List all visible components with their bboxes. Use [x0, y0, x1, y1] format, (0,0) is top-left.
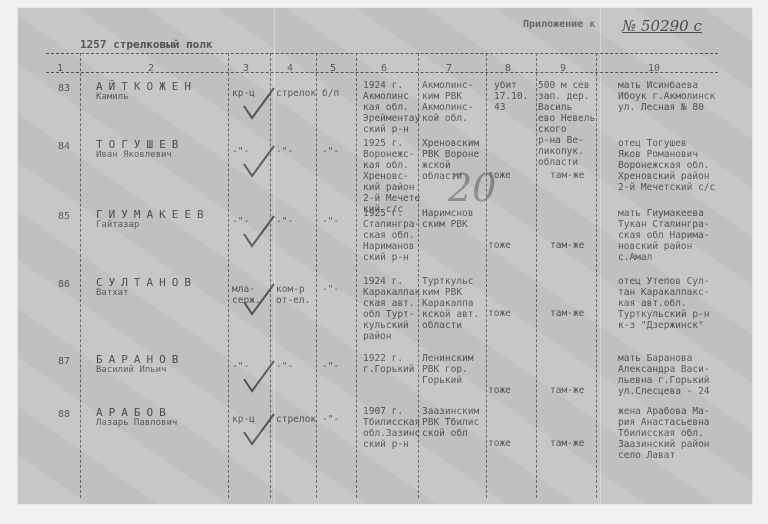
burial-place: там-же — [550, 308, 584, 319]
column-number: 6 — [381, 63, 387, 74]
given-name: Василий Ильич — [96, 365, 166, 375]
archive-document-sheet: 1257 стрелковый полк Приложение к № 5029… — [18, 8, 752, 504]
column-number: 5 — [330, 63, 336, 74]
given-name: Лазарь Павлович — [96, 418, 177, 428]
header-top-rule — [46, 53, 718, 54]
checkmark-icon — [240, 84, 280, 124]
document-number-text: № 50290 с — [622, 17, 702, 35]
draft-office: Турткульс ким РВК Каракалпа кской авт. о… — [422, 276, 479, 331]
checkmark-icon — [240, 410, 280, 450]
checkmark-icon — [240, 212, 280, 252]
column-number: 1 — [57, 63, 63, 74]
checkmark-icon — [240, 280, 280, 320]
fate: тоже — [488, 308, 511, 319]
fate: убит 17.10. 43 — [494, 80, 528, 113]
row-number: 87 — [58, 356, 70, 367]
relatives-info: отец Утепов Сул- тан Каракалпакс- кая ав… — [618, 276, 710, 331]
handwritten-number: 20 — [448, 166, 496, 210]
relatives-info: мать Гиумакеева Тукан Сталингра- ская об… — [618, 208, 710, 263]
position: ком-р от-ел. — [276, 284, 310, 306]
party: -"- — [322, 146, 339, 157]
burial-place: там-же — [550, 438, 584, 449]
column-number: 2 — [148, 63, 154, 74]
burial-place: там-же — [550, 385, 584, 396]
regiment-title: 1257 стрелковый полк — [80, 38, 212, 51]
relatives-info: мать Исинбаева Ибоук г.Акмолинск ул. Лес… — [618, 80, 715, 113]
relatives-info: жена Арабова Ма- рия Анастасьевна Тбилис… — [618, 406, 710, 461]
burial-place: 500 м сев зап. дер. Василь ево Невель ск… — [538, 80, 595, 168]
column-number: 7 — [446, 63, 452, 74]
column-number: 10 — [648, 63, 660, 74]
column-number: 9 — [560, 63, 566, 74]
row-number: 86 — [58, 279, 70, 290]
relatives-info: мать Баранова Александра Васи- льевна г.… — [618, 353, 710, 397]
position: стрелок — [276, 414, 316, 425]
paper-fold — [600, 8, 601, 504]
column-divider — [356, 53, 357, 498]
column-divider — [316, 53, 317, 498]
birth-info: 1925 г. Воронежс- кая обл. Хреновс- кий … — [363, 138, 420, 215]
column-divider — [486, 53, 487, 498]
row-number: 83 — [58, 83, 70, 94]
draft-office: Заазинским РВК Тбилис ской обл — [422, 406, 479, 439]
given-name: Гайтазар — [96, 220, 139, 230]
party: -"- — [322, 361, 339, 372]
row-number: 85 — [58, 211, 70, 222]
fate: тоже — [488, 385, 511, 396]
position: стрелок — [276, 88, 316, 99]
column-number: 3 — [243, 63, 249, 74]
column-number: 8 — [505, 63, 511, 74]
party: б/п — [322, 88, 339, 99]
checkmark-icon — [240, 142, 280, 182]
document-number: № 50290 с — [622, 17, 702, 35]
column-divider — [80, 53, 81, 498]
row-number: 84 — [58, 141, 70, 152]
row-number: 88 — [58, 409, 70, 420]
burial-place: там-же — [550, 240, 584, 251]
column-divider — [228, 53, 229, 498]
given-name: Иван Яковлевич — [96, 150, 172, 160]
birth-info: 1922 г. г.Горький — [363, 353, 414, 375]
party: -"- — [322, 414, 339, 425]
fate: тоже — [488, 438, 511, 449]
birth-info: 1924 г. Каракалпак ская авт. обл Турт- к… — [363, 276, 420, 342]
column-number: 4 — [287, 63, 293, 74]
fate: тоже — [488, 240, 511, 251]
given-name: Камиль — [96, 92, 129, 102]
birth-info: 1924 г. Акмолинс кая обл. Эрейментау ски… — [363, 80, 420, 135]
party: -"- — [322, 216, 339, 227]
birth-info: 1925 г. Сталингра- ская обл. Нариманов с… — [363, 208, 420, 263]
relatives-info: отец Тогушев Яков Романович Воронежская … — [618, 138, 715, 193]
birth-info: 1907 г. Тбилисская обл.Зазинс ский р-н — [363, 406, 420, 450]
party: -"- — [322, 284, 339, 295]
column-divider — [536, 53, 537, 498]
checkmark-icon — [240, 357, 280, 397]
burial-place: там-же — [550, 170, 584, 181]
draft-office: Ленинским РВК гор. Горький — [422, 353, 473, 386]
given-name: Ватхат — [96, 288, 129, 298]
draft-office: Наримснов ским РВК — [422, 208, 473, 230]
column-divider — [596, 53, 597, 498]
appendix-label: Приложение к — [523, 19, 595, 30]
draft-office: Акмолинс- ким РВК Акмолинс- кой обл. — [422, 80, 473, 124]
